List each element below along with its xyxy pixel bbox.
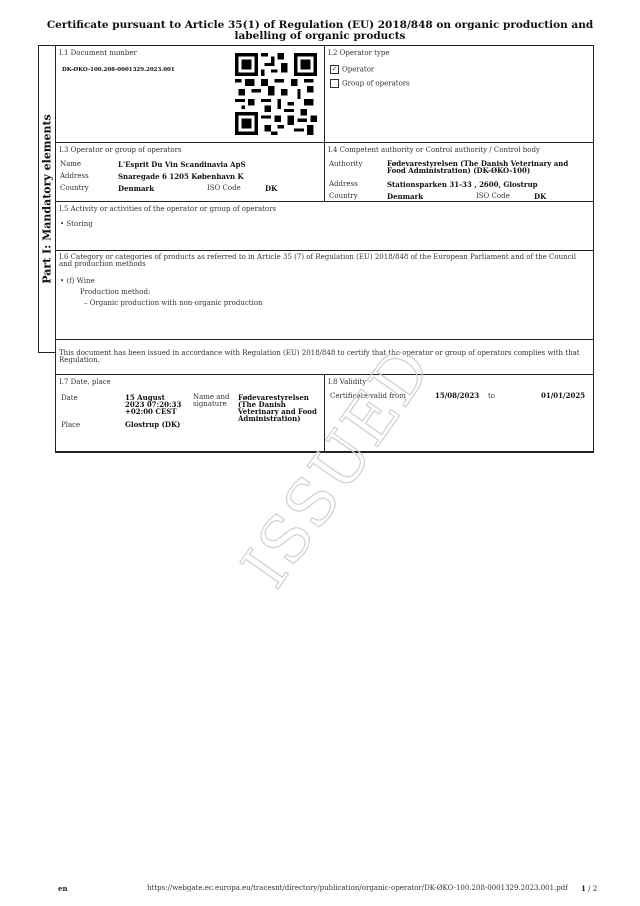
group-of-operators-checkbox[interactable]: Group of operators — [330, 79, 410, 88]
operator-iso: DK — [265, 185, 277, 192]
i1-label: I.1 Document number — [59, 49, 137, 57]
operator-address: Snaregade 6 1205 København K — [118, 173, 244, 180]
issue-date: 15 August 2023 07:20:33 +02:00 CEST — [125, 394, 183, 415]
operator-checkbox[interactable]: ✓Operator — [330, 65, 374, 74]
checkbox-unchecked-icon — [330, 79, 339, 88]
page-total: / 2 — [588, 885, 597, 893]
part-side-label: Part I: Mandatory elements — [38, 45, 56, 353]
operator-name: L'Esprit Du Vin Scandinavia ApS — [118, 161, 246, 168]
i6-label: I.6 Category or categories of products a… — [59, 254, 589, 268]
signature-value: Fødevarestyrelsen (The Danish Veterinary… — [238, 394, 322, 422]
section-i5: I.5 Activity or activities of the operat… — [55, 201, 594, 251]
document-number: DK-ØKO-100.208-0001329.2023.001 — [62, 67, 175, 74]
authority-address: Stationsparken 31-33 , 2600, Glostrup — [387, 181, 538, 188]
group-option-label: Group of operators — [342, 80, 410, 88]
production-method: – Organic production with non-organic pr… — [84, 299, 263, 307]
production-method-label: Production method: — [80, 288, 150, 296]
valid-to-label: to — [488, 392, 495, 400]
i2-label: I.2 Operator type — [328, 49, 390, 57]
authority-country: Denmark — [387, 193, 423, 200]
authority-address-label: Address — [329, 180, 358, 188]
i7-label: I.7 Date, place — [59, 378, 111, 386]
operator-country: Denmark — [118, 185, 154, 192]
valid-from-date: 15/08/2023 — [435, 392, 479, 399]
date-label: Date — [61, 394, 78, 402]
authority-iso: DK — [534, 193, 546, 200]
checkbox-checked-icon: ✓ — [330, 65, 339, 74]
i5-label: I.5 Activity or activities of the operat… — [59, 205, 276, 213]
place-label: Place — [61, 421, 80, 429]
issue-place: Glostrup (DK) — [125, 421, 180, 428]
section-i7: I.7 Date, place Date 15 August 2023 07:2… — [55, 374, 325, 453]
signature-label: Name and signature — [193, 394, 233, 408]
operator-option-label: Operator — [342, 66, 374, 74]
statement-box: This document has been issued in accorda… — [55, 339, 594, 375]
authority-name: Fødevarestyrelsen (The Danish Veterinary… — [387, 160, 587, 174]
footer-language: en — [58, 884, 68, 893]
section-i6: I.6 Category or categories of products a… — [55, 250, 594, 340]
product-category: • (f) Wine — [60, 277, 95, 285]
authority-iso-label: ISO Code — [476, 192, 510, 200]
section-i3: I.3 Operator or group of operators Name … — [55, 142, 325, 202]
iso-label: ISO Code — [207, 184, 241, 192]
country-label: Country — [60, 184, 89, 192]
document-title: Certificate pursuant to Article 35(1) of… — [40, 20, 600, 42]
valid-to-date: 01/01/2025 — [541, 392, 585, 399]
section-i2: I.2 Operator type ✓Operator Group of ope… — [324, 45, 594, 143]
activity-item: • Storing — [60, 220, 93, 228]
address-label: Address — [60, 172, 89, 180]
i3-label: I.3 Operator or group of operators — [59, 146, 182, 154]
section-i4: I.4 Competent authority or Control autho… — [324, 142, 594, 202]
name-label: Name — [60, 160, 81, 168]
authority-label: Authority — [329, 160, 362, 168]
page-number: 1 — [581, 884, 586, 893]
footer-url[interactable]: https://webgate.ec.europa.eu/tracesnt/di… — [147, 884, 568, 892]
side-label-text: Part I: Mandatory elements — [41, 114, 54, 284]
qr-code-icon — [235, 53, 317, 135]
statement-text: This document has been issued in accorda… — [59, 350, 589, 364]
authority-country-label: Country — [329, 192, 358, 200]
i4-label: I.4 Competent authority or Control autho… — [328, 146, 540, 154]
